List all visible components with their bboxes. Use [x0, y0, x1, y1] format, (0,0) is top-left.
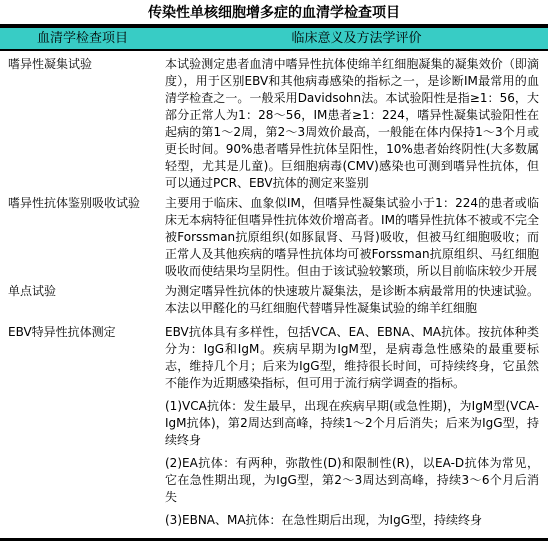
description-paragraph: (2)EA抗体：有两种，弥散性(D)和限制性(R)，以EA-D抗体为常见，它在急… [165, 455, 539, 506]
test-description-cell: EBV抗体具有多样性，包括VCA、EA、EBNA、MA抗体。按抗体种类分为：Ig… [165, 324, 548, 529]
test-name-cell: 嗜异性凝集试验 [0, 56, 165, 192]
table-header-row: 血清学检查项目 临床意义及方法学评价 [0, 28, 548, 51]
description-paragraph: (1)VCA抗体：发生最早，出现在疾病早期(或急性期)，为IgM型(VCA-Ig… [165, 398, 539, 449]
description-paragraph: 本试验测定患者血清中嗜异性抗体使绵羊红细胞凝集的凝集效价（即滴度），用于区别EB… [165, 56, 539, 192]
test-name-cell: 单点试验 [0, 283, 165, 317]
test-description-cell: 主要用于临床、血象似IM，但嗜异性凝集试验小于1：224的患者或临床无本病特征但… [165, 195, 548, 280]
document-page: 传染性单核细胞增多症的血清学检查项目 血清学检查项目 临床意义及方法学评价 嗜异… [0, 0, 548, 541]
page-title: 传染性单核细胞增多症的血清学检查项目 [0, 0, 548, 24]
test-name-cell: 嗜异性抗体鉴别吸收试验 [0, 195, 165, 280]
test-description-cell: 为测定嗜异性抗体的快速玻片凝集法，是诊断本病最常用的快速试验。本法以甲醛化的马红… [165, 283, 548, 317]
description-paragraph: 主要用于临床、血象似IM，但嗜异性凝集试验小于1：224的患者或临床无本病特征但… [165, 195, 539, 280]
description-paragraph: EBV抗体具有多样性，包括VCA、EA、EBNA、MA抗体。按抗体种类分为：Ig… [165, 324, 539, 392]
table-row-monospot-test: 单点试验 为测定嗜异性抗体的快速玻片凝集法，是诊断本病最常用的快速试验。本法以甲… [0, 283, 548, 317]
description-paragraph: 为测定嗜异性抗体的快速玻片凝集法，是诊断本病最常用的快速试验。本法以甲醛化的马红… [165, 283, 539, 317]
description-paragraph: (3)EBNA、MA抗体：在急性期后出现，为IgG型，持续终身 [165, 512, 539, 529]
table-body: 嗜异性凝集试验 本试验测定患者血清中嗜异性抗体使绵羊红细胞凝集的凝集效价（即滴度… [0, 51, 548, 538]
table-row-ebv-specific-antibody: EBV特异性抗体测定 EBV抗体具有多样性，包括VCA、EA、EBNA、MA抗体… [0, 324, 548, 529]
table-row-heterophile-agglutination: 嗜异性凝集试验 本试验测定患者血清中嗜异性抗体使绵羊红细胞凝集的凝集效价（即滴度… [0, 56, 548, 192]
test-description-cell: 本试验测定患者血清中嗜异性抗体使绵羊红细胞凝集的凝集效价（即滴度），用于区别EB… [165, 56, 548, 192]
column-header-clinical-evaluation: 临床意义及方法学评价 [165, 28, 548, 49]
table-row-differential-absorption: 嗜异性抗体鉴别吸收试验 主要用于临床、血象似IM，但嗜异性凝集试验小于1：224… [0, 195, 548, 280]
column-header-test-item: 血清学检查项目 [0, 28, 165, 49]
test-name-cell: EBV特异性抗体测定 [0, 324, 165, 529]
serology-table: 血清学检查项目 临床意义及方法学评价 嗜异性凝集试验 本试验测定患者血清中嗜异性… [0, 24, 548, 541]
